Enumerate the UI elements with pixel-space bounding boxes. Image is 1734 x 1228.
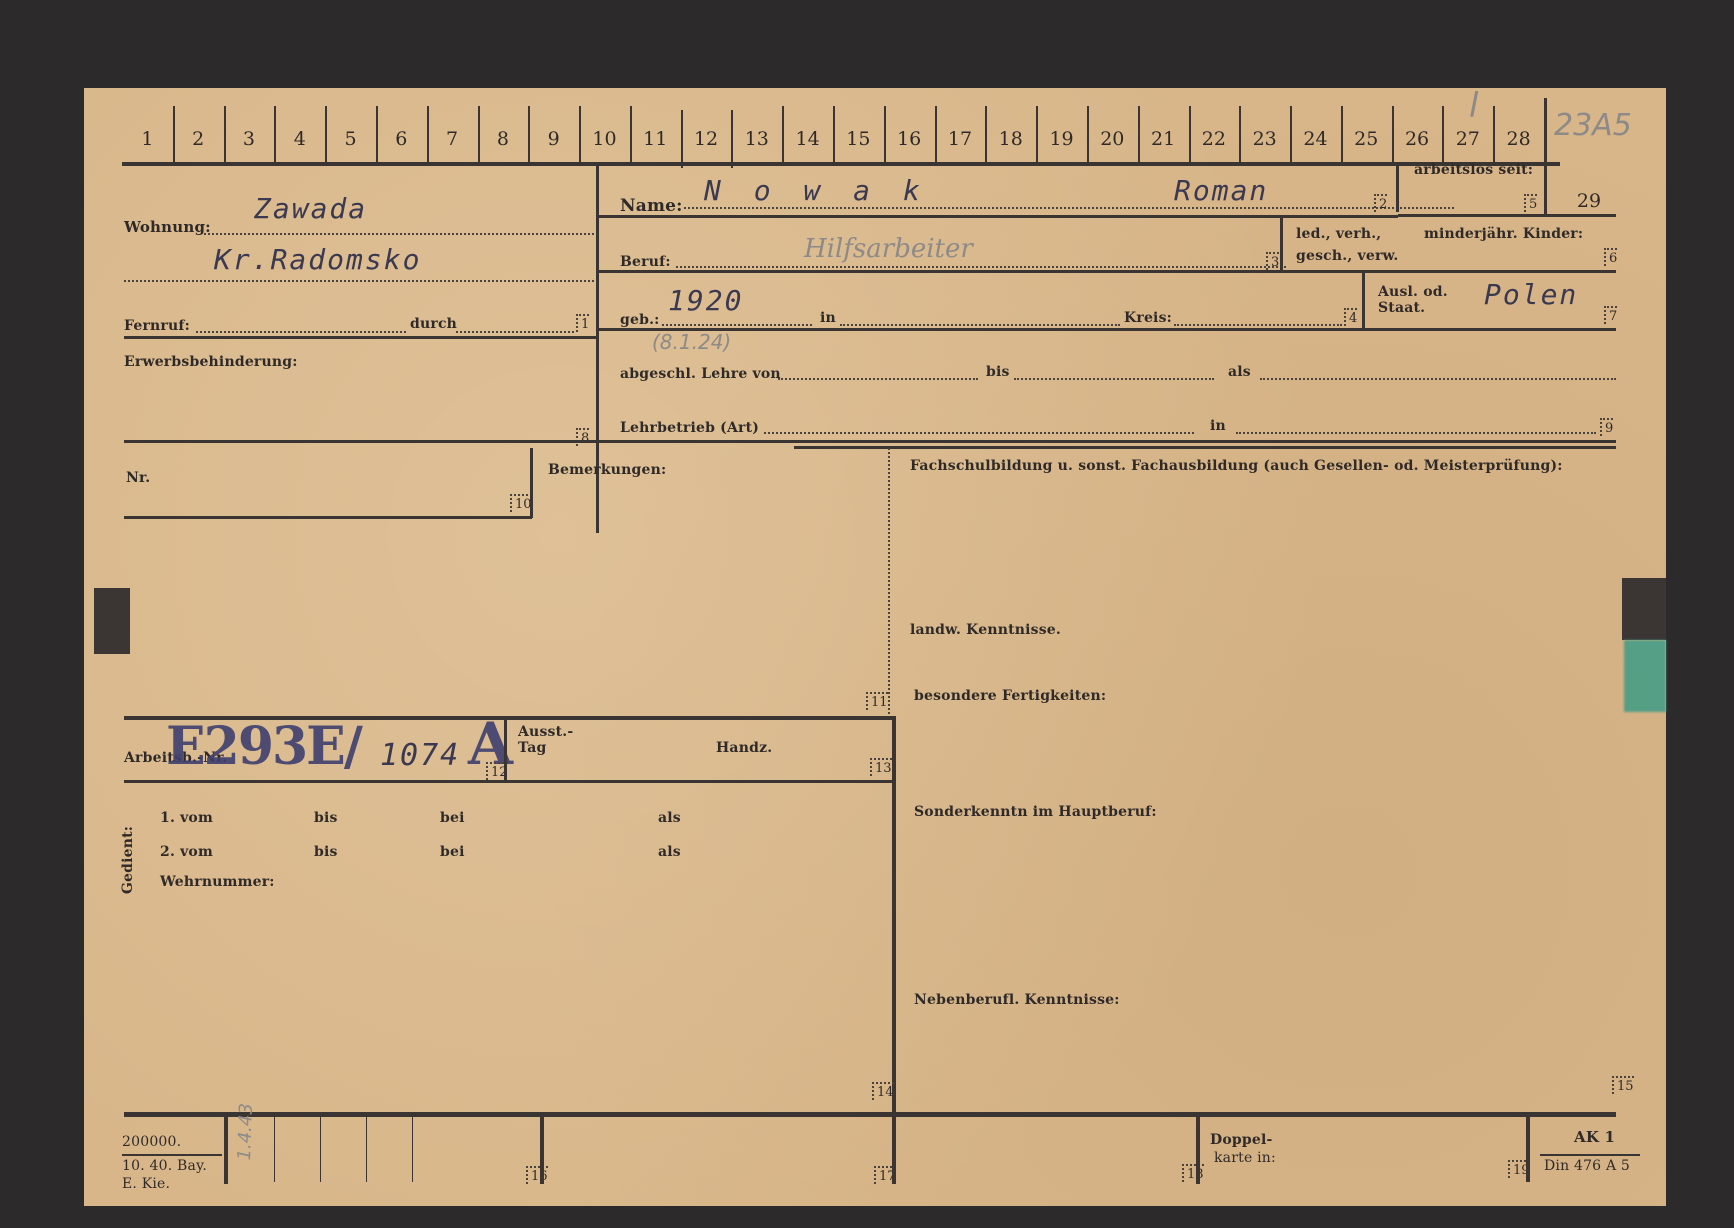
geb-label: geb.: bbox=[620, 312, 660, 328]
bemerkungen-label: Bemerkungen: bbox=[548, 462, 666, 478]
footer-cell-line bbox=[366, 1116, 367, 1182]
header-column-divider bbox=[985, 106, 987, 164]
field-box-4: 4 bbox=[1344, 308, 1357, 326]
header-column-16: 16 bbox=[889, 128, 929, 150]
gedient-row-1-bis-label: bis bbox=[314, 810, 338, 826]
header-column-divider bbox=[274, 106, 276, 164]
wehrnummer-label: Wehrnummer: bbox=[160, 874, 275, 890]
header-column-divider bbox=[630, 106, 632, 164]
header-column-divider bbox=[1341, 106, 1343, 164]
footer-divider bbox=[540, 1116, 544, 1184]
wohnung-label: Wohnung: bbox=[124, 218, 211, 236]
fernruf-field[interactable] bbox=[196, 331, 406, 333]
staat-value: Polen bbox=[1484, 278, 1578, 311]
fernruf-label: Fernruf: bbox=[124, 318, 190, 334]
lehre-von-field[interactable] bbox=[778, 378, 978, 380]
field-box-18: 18 bbox=[1182, 1164, 1204, 1182]
surname-value: N o w a k bbox=[704, 174, 928, 207]
field-box-8: 8 bbox=[576, 428, 589, 446]
kinder-label: minderjähr. Kinder: bbox=[1424, 226, 1583, 242]
header-column-divider bbox=[528, 106, 530, 164]
handz-label: Handz. bbox=[716, 740, 772, 756]
pencil-mark-27: l bbox=[1469, 86, 1478, 126]
sonderkenntn-label: Sonderkenntn im Hauptberuf: bbox=[914, 804, 1157, 820]
header-column-25: 25 bbox=[1346, 128, 1386, 150]
footer-cell-line bbox=[274, 1116, 275, 1182]
header-column-11: 11 bbox=[635, 128, 675, 150]
header-column-divider bbox=[1239, 106, 1241, 164]
pencil-birth-note: (8.1.24) bbox=[652, 330, 731, 354]
gedient-row-2-bis-label: bis bbox=[314, 844, 338, 860]
header-column-divider bbox=[173, 106, 175, 164]
gedient-row-1-als-label: als bbox=[658, 810, 681, 826]
nebenberuf-label: Nebenberufl. Kenntnisse: bbox=[914, 992, 1120, 1008]
familienstand-line2[interactable]: gesch., verw. bbox=[1296, 248, 1398, 264]
lehre-label: abgeschl. Lehre von bbox=[620, 366, 781, 382]
footer-top-rule bbox=[124, 1112, 1616, 1117]
arbeitsbuch-stamp: E293E/ bbox=[166, 716, 361, 777]
rule bbox=[598, 215, 1398, 218]
print-run: 200000. bbox=[122, 1134, 181, 1150]
bemerkungen-right-divider bbox=[888, 448, 890, 718]
gedient-row-2-bei-label: bei bbox=[440, 844, 465, 860]
field-box-9: 9 bbox=[1600, 418, 1613, 436]
header-column-10: 10 bbox=[584, 128, 624, 150]
name-label: Name: bbox=[620, 196, 683, 216]
header-column-9: 9 bbox=[534, 128, 574, 150]
geb-date-field[interactable] bbox=[662, 324, 812, 326]
staat-label-line2: Staat. bbox=[1378, 300, 1425, 316]
header-column-divider bbox=[782, 106, 784, 164]
wohnung-line1-value: Zawada bbox=[254, 192, 367, 225]
rule bbox=[1398, 214, 1616, 217]
header-column-6: 6 bbox=[381, 128, 421, 150]
rule bbox=[124, 780, 894, 783]
header-column-19: 19 bbox=[1042, 128, 1082, 150]
header-column-divider bbox=[478, 106, 480, 164]
header-column-divider bbox=[833, 106, 835, 164]
field-box-1: 1 bbox=[576, 314, 589, 332]
header-column-24: 24 bbox=[1295, 128, 1335, 150]
footer-divider bbox=[224, 1116, 228, 1184]
wohnung-line2-field[interactable] bbox=[124, 280, 594, 282]
header-column-21: 21 bbox=[1143, 128, 1183, 150]
ausstellung-label-line2: Tag bbox=[518, 740, 547, 756]
header-column-26: 26 bbox=[1397, 128, 1437, 150]
field-box-16: 16 bbox=[526, 1166, 548, 1184]
header-column-13: 13 bbox=[737, 128, 777, 150]
header-column-8: 8 bbox=[483, 128, 523, 150]
header-column-divider bbox=[325, 106, 327, 164]
index-card: 1234567891011121314151617181920212223242… bbox=[84, 88, 1666, 1206]
beruf-field[interactable] bbox=[676, 266, 1286, 268]
name-field[interactable] bbox=[684, 207, 1454, 209]
header-column-15: 15 bbox=[838, 128, 878, 150]
header-column-divider bbox=[1290, 106, 1292, 164]
field-box-15: 15 bbox=[1612, 1076, 1634, 1094]
print-info-line1: 10. 40. Bay. bbox=[122, 1158, 207, 1174]
wohnung-line2-value: Kr.Radomsko bbox=[214, 243, 421, 276]
familienstand-line1[interactable]: led., verh., bbox=[1296, 226, 1381, 242]
ausstellung-label-line1: Ausst.- bbox=[518, 724, 573, 740]
footer-divider bbox=[1526, 1116, 1530, 1182]
header-column-3: 3 bbox=[229, 128, 269, 150]
field-box-3: 3 bbox=[1266, 252, 1279, 270]
doppelkarte-line2: karte in: bbox=[1214, 1150, 1276, 1166]
erwerbsbehinderung-label: Erwerbsbehinderung: bbox=[124, 354, 298, 370]
arbeitslos-seit-label: arbeitslos seit: bbox=[1414, 162, 1533, 178]
staat-label-line1: Ausl. od. bbox=[1378, 284, 1448, 300]
header-column-divider bbox=[1189, 106, 1191, 164]
kreis-field[interactable] bbox=[1174, 324, 1342, 326]
besondere-fertigkeiten-label: besondere Fertigkeiten: bbox=[914, 688, 1106, 704]
header-column-23: 23 bbox=[1245, 128, 1285, 150]
geb-in-label: in bbox=[820, 310, 836, 326]
header-column-divider bbox=[681, 110, 683, 168]
birth-year-value: 1920 bbox=[668, 284, 743, 317]
lehrbetrieb-field[interactable] bbox=[764, 432, 1194, 434]
rule bbox=[122, 1154, 222, 1156]
lehre-als-label: als bbox=[1228, 364, 1251, 380]
footer-divider bbox=[1196, 1116, 1200, 1184]
gedient-row-1-vom-label: 1. vom bbox=[160, 810, 213, 826]
field-box-11: 11 bbox=[866, 692, 888, 710]
lehre-als-field[interactable] bbox=[1260, 378, 1616, 380]
col29-divider bbox=[1544, 98, 1547, 214]
landw-kenntnisse-label: landw. Kenntnisse. bbox=[910, 622, 1061, 638]
header-column-5: 5 bbox=[331, 128, 371, 150]
wohnung-line1-field[interactable] bbox=[204, 233, 594, 235]
header-column-17: 17 bbox=[940, 128, 980, 150]
arbeitsbuch-typed-number: 1074 bbox=[380, 738, 460, 773]
name-right-divider bbox=[1396, 166, 1399, 212]
field-box-13: 13 bbox=[870, 758, 892, 776]
lehrbetrieb-in-label: in bbox=[1210, 418, 1226, 434]
rule bbox=[124, 440, 1616, 443]
header-column-1: 1 bbox=[127, 128, 167, 150]
header-column-divider bbox=[1087, 106, 1089, 164]
header-column-20: 20 bbox=[1092, 128, 1132, 150]
header-column-14: 14 bbox=[788, 128, 828, 150]
lehre-bis-label: bis bbox=[986, 364, 1010, 380]
right-index-tab bbox=[1622, 578, 1666, 640]
form-code: AK 1 bbox=[1574, 1128, 1615, 1146]
field-box-6: 6 bbox=[1604, 248, 1617, 266]
header-column-4: 4 bbox=[280, 128, 320, 150]
field-box-5: 5 bbox=[1524, 194, 1537, 212]
header-column-28: 28 bbox=[1499, 128, 1539, 150]
lehrbetrieb-label: Lehrbetrieb (Art) bbox=[620, 420, 759, 436]
beruf-label: Beruf: bbox=[620, 254, 671, 270]
green-color-mark bbox=[1624, 640, 1666, 712]
footer-cell-line bbox=[412, 1116, 413, 1182]
arbeitsbuch-right-divider bbox=[504, 720, 507, 780]
nr-right-divider bbox=[530, 448, 533, 518]
header-column-divider bbox=[224, 106, 226, 164]
header-column-divider bbox=[884, 106, 886, 164]
gedient-row-2-als-label: als bbox=[658, 844, 681, 860]
header-column-divider bbox=[579, 106, 581, 164]
header-column-divider bbox=[935, 106, 937, 164]
header-column-27: 27 bbox=[1448, 128, 1488, 150]
rule bbox=[124, 336, 598, 339]
header-column-divider bbox=[1138, 106, 1140, 164]
header-column-22: 22 bbox=[1194, 128, 1234, 150]
header-column-divider bbox=[1036, 106, 1038, 164]
fernruf-durch-field[interactable] bbox=[456, 331, 574, 333]
beruf-handwritten-value: Hilfsarbeiter bbox=[804, 234, 973, 264]
footer-divider bbox=[892, 1116, 896, 1184]
gedient-row-1-bei-label: bei bbox=[440, 810, 465, 826]
pencil-date: 1.4.43 bbox=[234, 1103, 257, 1161]
geb-right-divider bbox=[1362, 272, 1365, 328]
header-column-divider bbox=[1392, 106, 1394, 164]
footer-cell-line bbox=[320, 1116, 321, 1182]
rule bbox=[124, 516, 532, 519]
header-column-divider bbox=[1442, 106, 1444, 164]
lehre-bis-field[interactable] bbox=[1014, 378, 1214, 380]
col-29-label: 29 bbox=[1569, 190, 1609, 212]
gedient-row-2-vom-label: 2. vom bbox=[160, 844, 213, 860]
header-column-18: 18 bbox=[991, 128, 1031, 150]
given-name-value: Roman bbox=[1174, 174, 1268, 207]
field-box-14: 14 bbox=[872, 1082, 894, 1100]
header-column-divider bbox=[427, 106, 429, 164]
din-code: Din 476 A 5 bbox=[1544, 1158, 1630, 1174]
rule bbox=[598, 328, 1616, 331]
print-info-line2: E. Kie. bbox=[122, 1176, 170, 1192]
fernruf-durch-label: durch bbox=[410, 316, 457, 332]
fachschulbildung-label: Fachschulbildung u. sonst. Fachausbildun… bbox=[910, 458, 1563, 474]
doppelkarte-line1: Doppel- bbox=[1210, 1132, 1273, 1148]
gedient-label: Gedient: bbox=[120, 826, 136, 894]
field-box-2: 2 bbox=[1374, 194, 1387, 212]
header-column-divider bbox=[1493, 106, 1495, 164]
lehrbetrieb-in-field[interactable] bbox=[1236, 432, 1596, 434]
pencil-header-note: 23A5 bbox=[1554, 108, 1632, 143]
left-index-tab bbox=[94, 588, 130, 654]
beruf-right-divider bbox=[1280, 218, 1283, 270]
header-column-2: 2 bbox=[178, 128, 218, 150]
header-bottom-rule bbox=[122, 162, 1560, 166]
field-box-7: 7 bbox=[1604, 306, 1617, 324]
geb-place-field[interactable] bbox=[840, 324, 1120, 326]
kreis-label: Kreis: bbox=[1124, 310, 1172, 326]
header-column-divider bbox=[376, 106, 378, 164]
nr-label: Nr. bbox=[126, 470, 150, 486]
middle-divider bbox=[892, 716, 896, 1116]
header-column-7: 7 bbox=[432, 128, 472, 150]
rule bbox=[1540, 1154, 1640, 1156]
header-column-divider bbox=[731, 110, 733, 168]
header-column-12: 12 bbox=[686, 128, 726, 150]
rule bbox=[794, 446, 1616, 449]
field-box-10: 10 bbox=[510, 494, 532, 512]
rule bbox=[598, 270, 1616, 273]
